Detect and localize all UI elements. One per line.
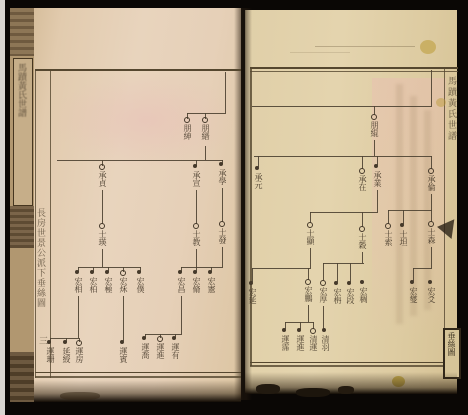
- stain: [420, 40, 436, 54]
- right-margin-title: 馬蹟黃氏世譜: [445, 76, 457, 142]
- node-marker-circle: [99, 223, 105, 229]
- tree-connector-line: [181, 267, 223, 268]
- tree-node-name: 清運: [308, 335, 318, 351]
- tree-node-name: 宏脩: [191, 277, 201, 293]
- tree-node-name: 承在: [357, 175, 367, 191]
- node-marker-circle: [371, 114, 377, 120]
- tree-connector-line: [196, 249, 197, 267]
- tree-connector-line: [102, 190, 103, 224]
- node-marker-dot: [400, 223, 404, 227]
- tree-node-name: 士森: [426, 228, 436, 244]
- tree-connector-line: [187, 113, 226, 114]
- page-fold: [436, 217, 455, 239]
- node-marker-circle: [428, 168, 434, 174]
- node-marker-dot: [105, 270, 109, 274]
- node-marker-circle: [310, 328, 316, 334]
- tree-connector-line: [362, 212, 363, 227]
- node-marker-circle: [305, 279, 311, 285]
- node-marker-circle: [359, 226, 365, 232]
- tree-node-name: 運珊: [45, 347, 55, 363]
- tree-node-name: 承元: [253, 173, 263, 189]
- tree-connector-line: [337, 263, 338, 282]
- node-marker-circle: [219, 221, 225, 227]
- tree-connector-line: [413, 268, 414, 281]
- tree-node-name: 士坦: [398, 230, 408, 246]
- node-marker-dot: [297, 328, 301, 332]
- tree-connector-line: [222, 247, 223, 267]
- tree-connector-line: [196, 190, 197, 224]
- node-marker-dot: [120, 340, 124, 344]
- tree-connector-line: [57, 160, 223, 161]
- tree-connector-line: [252, 268, 253, 282]
- tree-node-name: 朋紳: [182, 124, 192, 140]
- damage-spot: [338, 386, 354, 394]
- node-marker-circle: [320, 280, 326, 286]
- tree-node-name: 宏憲: [206, 277, 216, 293]
- tree-node-name: 朋縉: [200, 124, 210, 140]
- frame-line: [250, 362, 458, 363]
- node-marker-dot: [63, 340, 67, 344]
- node-marker-dot: [47, 340, 51, 344]
- tree-node-name: 宏燮: [408, 287, 418, 303]
- bleed-through-text: [396, 84, 403, 324]
- tree-node-name: 運進: [295, 335, 305, 351]
- tree-connector-line: [323, 263, 324, 281]
- tree-connector-line: [181, 296, 182, 334]
- node-marker-dot: [75, 270, 79, 274]
- tree-node-name: 運喬: [140, 343, 150, 359]
- node-marker-dot: [255, 166, 259, 170]
- tree-connector-line: [258, 156, 259, 167]
- tree-node-name: 士教: [191, 230, 201, 246]
- tree-connector-line: [222, 188, 223, 222]
- tree-connector-line: [78, 267, 141, 268]
- node-marker-dot: [360, 280, 364, 284]
- tree-node-name: 宏厚: [318, 287, 328, 303]
- tree-connector-line: [403, 210, 404, 224]
- tree-connector-line: [102, 249, 103, 267]
- book-scan: 馬蹟黃氏世譜 長房世景公派下垂絲圖 三 馬蹟黃氏世譜 垂絲圖 朋紳朋縉承貞承宣承…: [0, 0, 468, 415]
- tree-connector-line: [388, 210, 432, 211]
- tree-node-name: 承貞: [97, 171, 107, 187]
- tree-node-name: 宏僕: [135, 277, 145, 293]
- damage-spot: [60, 392, 100, 400]
- tree-node-name: 士瑛: [97, 230, 107, 246]
- tree-connector-line: [308, 305, 309, 322]
- tree-connector-line: [145, 334, 182, 335]
- scratch-mark: [315, 46, 415, 47]
- stain: [436, 98, 446, 107]
- tree-node-name: 宏柏: [88, 277, 98, 293]
- tree-node-name: 承宣: [191, 171, 201, 187]
- tree-node-name: 宏栴: [332, 288, 342, 304]
- tree-connector-line: [431, 70, 432, 106]
- tree-node-name: 運有: [170, 343, 180, 359]
- tree-node-name: 運霈: [280, 335, 290, 351]
- node-marker-dot: [334, 281, 338, 285]
- node-marker-circle: [359, 168, 365, 174]
- tree-node-name: 朋緄: [369, 121, 379, 137]
- tree-node-name: 宏秌: [118, 277, 128, 293]
- tree-node-name: 宏段: [345, 288, 355, 304]
- node-marker-circle: [202, 117, 208, 123]
- spine-binding-band: [10, 206, 34, 248]
- spine-binding-band: [10, 8, 34, 56]
- margin-box-text: 垂絲圖: [447, 332, 456, 356]
- tree-node-name: 承業: [372, 171, 382, 187]
- tree-connector-line: [78, 296, 79, 338]
- node-marker-dot: [193, 164, 197, 168]
- tree-connector-line: [362, 252, 363, 263]
- damage-spot: [296, 388, 330, 397]
- node-marker-circle: [307, 222, 313, 228]
- node-marker-circle: [76, 340, 82, 346]
- left-margin-caption: 長房世景公派下垂絲圖: [34, 208, 45, 308]
- tree-node-name: 運賓: [118, 347, 128, 363]
- frame-line: [250, 67, 458, 69]
- node-marker-dot: [178, 270, 182, 274]
- node-marker-dot: [219, 162, 223, 166]
- tree-connector-line: [350, 263, 351, 282]
- tree-connector-line: [123, 296, 124, 341]
- tree-node-name: 宏稠: [358, 287, 368, 303]
- tree-connector-line: [374, 140, 375, 156]
- tree-node-name: 宏爻: [426, 287, 436, 303]
- tree-node-name: 運房: [74, 347, 84, 363]
- tree-connector-line: [310, 212, 378, 213]
- node-marker-dot: [172, 336, 176, 340]
- tree-node-name: 士發: [217, 228, 227, 244]
- tree-node-name: 士穀: [357, 233, 367, 249]
- tree-connector-line: [205, 146, 206, 160]
- damage-spot: [256, 384, 280, 394]
- tree-node-name: 清羽: [320, 335, 330, 351]
- node-marker-circle: [99, 164, 105, 170]
- frame-line: [250, 365, 458, 367]
- tree-connector-line: [323, 263, 364, 264]
- spine-title-slip: 馬蹟黃氏世譜: [13, 58, 33, 206]
- node-marker-circle: [428, 221, 434, 227]
- node-marker-dot: [137, 270, 141, 274]
- scratch-mark: [290, 52, 350, 53]
- tree-node-name: 宏極: [103, 277, 113, 293]
- node-marker-dot: [347, 281, 351, 285]
- tree-connector-line: [50, 338, 79, 339]
- tree-connector-line: [431, 247, 432, 268]
- tree-connector-line: [310, 248, 311, 268]
- node-marker-circle: [385, 223, 391, 229]
- tree-node-name: 士索: [383, 230, 393, 246]
- tree-node-name: 宏昌: [176, 277, 186, 293]
- node-marker-circle: [157, 336, 163, 342]
- node-marker-dot: [410, 280, 414, 284]
- node-marker-circle: [120, 270, 126, 276]
- tree-connector-line: [225, 72, 226, 113]
- node-marker-dot: [193, 270, 197, 274]
- spine-title-text: 馬蹟黃氏世譜: [16, 63, 26, 117]
- node-marker-dot: [374, 164, 378, 168]
- tree-node-name: 延綬: [61, 347, 71, 363]
- tree-node-name: 承倫: [426, 175, 436, 191]
- frame-line: [250, 71, 458, 72]
- tree-connector-line: [323, 306, 324, 329]
- node-marker-dot: [282, 328, 286, 332]
- frame-line: [250, 67, 252, 366]
- frame-line: [35, 69, 241, 71]
- node-marker-dot: [208, 270, 212, 274]
- tree-node-name: 宏相: [73, 277, 83, 293]
- tree-node-name: 宏鵬: [303, 286, 313, 302]
- tree-connector-line: [254, 156, 432, 157]
- node-marker-circle: [184, 117, 190, 123]
- scan-edge: [0, 0, 5, 415]
- node-marker-dot: [142, 336, 146, 340]
- node-marker-dot: [322, 328, 326, 332]
- node-marker-circle: [193, 223, 199, 229]
- tree-connector-line: [413, 268, 432, 269]
- frame-line: [35, 372, 241, 373]
- node-marker-dot: [249, 281, 253, 285]
- tree-node-name: 承學: [217, 169, 227, 185]
- node-marker-dot: [428, 280, 432, 284]
- spine-binding-band: [10, 352, 34, 402]
- tree-connector-line: [377, 190, 378, 212]
- tree-node-name: 士顯: [305, 229, 315, 245]
- tree-connector-line: [431, 194, 432, 210]
- tree-connector-line: [388, 210, 389, 224]
- node-marker-dot: [90, 270, 94, 274]
- frame-line: [35, 376, 241, 378]
- tree-node-name: 運進: [155, 343, 165, 359]
- frame-line: [50, 69, 51, 378]
- tree-connector-line: [252, 106, 432, 107]
- tree-node-name: 宏延: [247, 288, 257, 304]
- tree-connector-line: [252, 268, 311, 269]
